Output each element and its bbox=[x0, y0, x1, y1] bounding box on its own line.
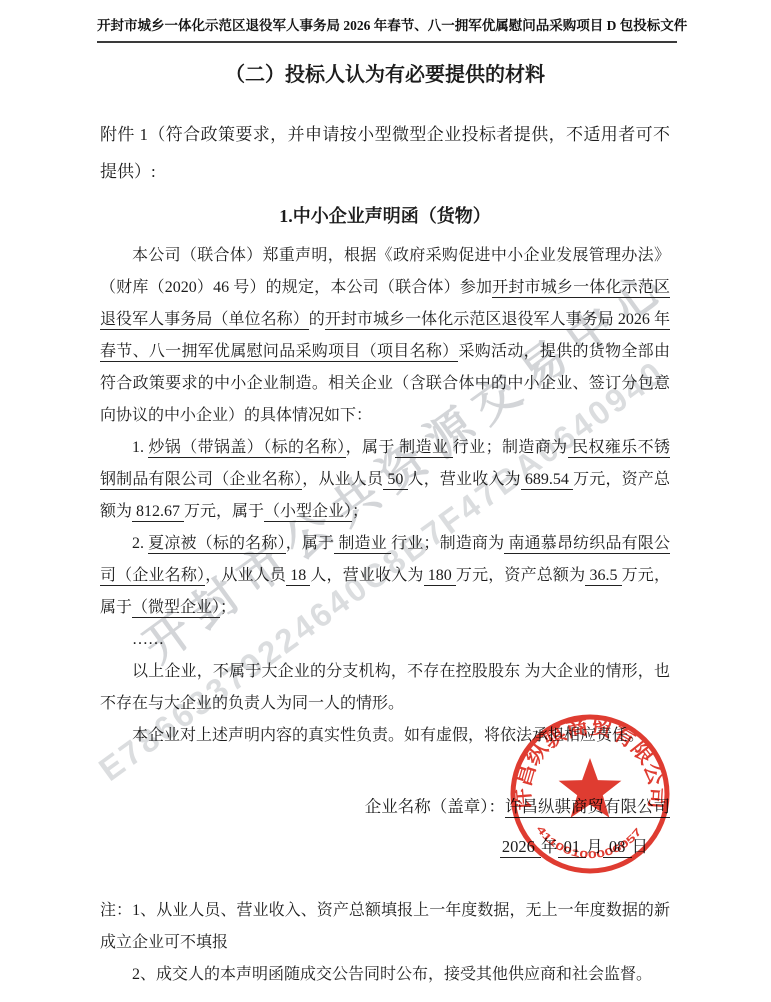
document-page: 开封市城乡一体化示范区退役军人事务局 2026 年春节、八一拥军优属慰问品采购项… bbox=[0, 0, 771, 1002]
text-segment: 制造业 bbox=[395, 439, 453, 458]
company-seal-label: 企业名称（盖章）： bbox=[365, 797, 505, 816]
text-segment: 行业；制造商为 bbox=[453, 439, 568, 456]
text-segment: …… bbox=[132, 631, 164, 648]
note-paragraph: 注：1、从业人员、营业收入、资产总额填报上一年度数据，无上一年度数据的新成立企业… bbox=[100, 895, 670, 959]
declaration-title: 1.中小企业声明函（货物） bbox=[100, 202, 670, 230]
text-segment: 人，营业收入为 bbox=[408, 471, 521, 488]
svg-text:41100100006057: 41100100006057 bbox=[534, 824, 645, 861]
attachment-note: 附件 1（符合政策要求，并申请按小型微型企业投标者提供，不适用者可不提供）: bbox=[100, 116, 670, 190]
text-segment: 夏凉被（标的名称） bbox=[148, 535, 286, 554]
stamp-star-icon bbox=[559, 758, 622, 818]
text-segment: 人，营业收入为 bbox=[310, 567, 423, 584]
page-header: 开封市城乡一体化示范区退役军人事务局 2026 年春节、八一拥军优属慰问品采购项… bbox=[97, 14, 677, 43]
text-segment: （小型企业） bbox=[264, 503, 352, 522]
section-title: （二）投标人认为有必要提供的材料 bbox=[100, 60, 670, 90]
text-segment: 812.67 bbox=[132, 503, 184, 522]
text-segment: （微型企业） bbox=[132, 599, 220, 618]
text-segment: 万元，资产总额为 bbox=[456, 567, 585, 584]
text-segment: ，属于 bbox=[346, 439, 395, 456]
note-paragraph: 2、成交人的本声明函随成交公告同时公布，接受其他供应商和社会监督。 bbox=[100, 959, 670, 991]
company-stamp: 许昌纵骐商贸有限公司 41100100006057 bbox=[504, 708, 676, 880]
notes-section: 注：1、从业人员、营业收入、资产总额填报上一年度数据，无上一年度数据的新成立企业… bbox=[100, 895, 670, 991]
header-doc-type: 投标文件 bbox=[633, 14, 687, 34]
text-segment: 以上企业，不属于大企业的分支机构，不存在控股股东 为大企业的情形，也不存在与大企… bbox=[100, 663, 670, 712]
text-segment: 50 bbox=[383, 471, 407, 490]
paragraph: 2. 夏凉被（标的名称），属于 制造业 行业；制造商为 南通慕昂纺织品有限公司（… bbox=[100, 528, 670, 624]
text-segment: ，属于 bbox=[286, 535, 335, 552]
text-segment: 炒锅（带锅盖）（标的名称） bbox=[148, 439, 345, 458]
stamp-serial-number: 41100100006057 bbox=[534, 824, 645, 861]
paragraph: …… bbox=[100, 624, 670, 656]
header-project-title: 开封市城乡一体化示范区退役军人事务局 2026 年春节、八一拥军优属慰问品采购项… bbox=[97, 14, 633, 34]
declaration-body: 本公司（联合体）郑重声明，根据《政府采购促进中小企业发展管理办法》（财库（202… bbox=[100, 240, 670, 752]
text-segment: 36.5 bbox=[585, 567, 621, 586]
text-segment: ，从业人员 bbox=[205, 567, 286, 584]
text-segment: 1. bbox=[132, 439, 148, 456]
text-segment: 180 bbox=[424, 567, 456, 586]
text-segment: 的 bbox=[309, 311, 325, 328]
paragraph: 本公司（联合体）郑重声明，根据《政府采购促进中小企业发展管理办法》（财库（202… bbox=[100, 240, 670, 432]
text-segment: ； bbox=[220, 599, 236, 616]
text-segment: 18 bbox=[286, 567, 310, 586]
text-segment: 行业；制造商为 bbox=[391, 535, 504, 552]
text-segment: ； bbox=[352, 503, 368, 520]
text-segment: 689.54 bbox=[521, 471, 573, 490]
text-segment: 制造业 bbox=[334, 535, 391, 554]
text-segment: ，从业人员 bbox=[302, 471, 383, 488]
text-segment: 万元，属于 bbox=[184, 503, 264, 520]
text-segment: 2. bbox=[132, 535, 148, 552]
paragraph: 1. 炒锅（带锅盖）（标的名称），属于 制造业 行业；制造商为 民权雍乐不锈钢制… bbox=[100, 432, 670, 528]
